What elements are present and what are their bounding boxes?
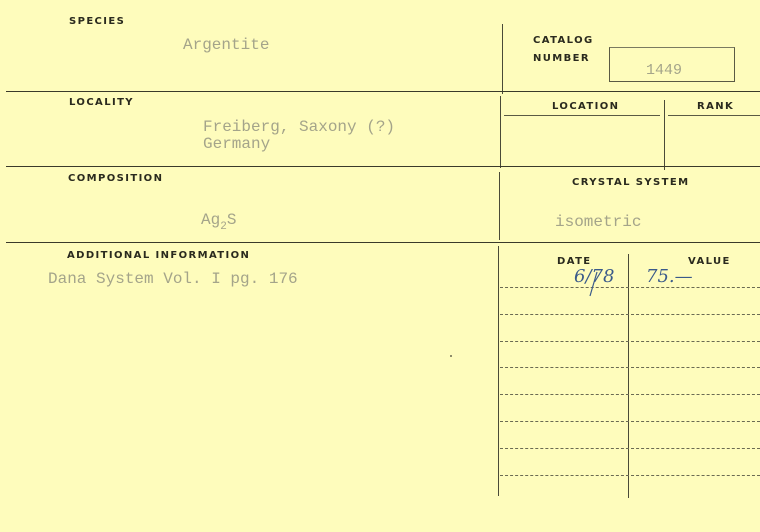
ink-speck	[450, 355, 452, 357]
table-row-line	[500, 475, 760, 476]
date-row-2[interactable]	[500, 289, 626, 313]
locality-divider-vertical	[500, 96, 501, 168]
date-row-4[interactable]	[500, 343, 626, 366]
date-row-7[interactable]	[500, 423, 626, 447]
value-row-5[interactable]	[630, 369, 758, 393]
locality-label: LOCALITY	[69, 97, 134, 108]
handwriting-stroke	[585, 270, 605, 300]
table-row-line	[500, 421, 760, 422]
divider-composition-additional	[6, 242, 760, 243]
date-row-6[interactable]	[500, 396, 626, 420]
value-row-4[interactable]	[630, 343, 758, 366]
catalog-label-line2: NUMBER	[533, 53, 590, 64]
value-row-8[interactable]	[630, 450, 758, 474]
rank-header-underline	[668, 115, 760, 116]
value-row-1[interactable]: 75.—	[646, 266, 693, 287]
species-label: SPECIES	[69, 16, 125, 27]
table-row-line	[500, 394, 760, 395]
table-row-line	[500, 341, 760, 342]
composition-divider-vertical	[499, 172, 500, 240]
additional-info-value: Dana System Vol. I pg. 176	[48, 271, 298, 288]
composition-formula: Ag2S	[201, 212, 236, 231]
value-row-2[interactable]	[630, 289, 758, 313]
date-row-5[interactable]	[500, 369, 626, 393]
rank-label: RANK	[697, 101, 734, 112]
formula-tail: S	[227, 211, 237, 229]
locality-line2: Germany	[203, 136, 270, 153]
crystal-system-label: CRYSTAL SYSTEM	[572, 177, 689, 188]
catalog-card: SPECIES Argentite CATALOG NUMBER 1449 LO…	[0, 0, 760, 532]
location-field[interactable]	[504, 118, 660, 166]
location-rank-divider	[664, 100, 665, 170]
table-row-line	[500, 367, 760, 368]
rank-field[interactable]	[668, 118, 758, 166]
table-row-line	[500, 448, 760, 449]
value-row-7[interactable]	[630, 423, 758, 447]
location-header-underline	[504, 115, 660, 116]
date-row-3[interactable]	[500, 316, 626, 340]
formula-subscript: 2	[220, 221, 227, 233]
value-row-3[interactable]	[630, 316, 758, 340]
value-row-6[interactable]	[630, 396, 758, 420]
composition-label: COMPOSITION	[68, 173, 163, 184]
table-left-border	[498, 246, 499, 496]
additional-info-label: ADDITIONAL INFORMATION	[67, 250, 250, 261]
table-row-line	[500, 314, 760, 315]
formula-base: Ag	[201, 211, 220, 229]
divider-locality-composition	[6, 166, 760, 167]
top-divider-vertical	[502, 24, 503, 94]
table-row-line	[500, 287, 760, 288]
catalog-label-line1: CATALOG	[533, 35, 594, 46]
date-row-8[interactable]	[500, 450, 626, 474]
catalog-number-value: 1449	[646, 62, 682, 79]
location-label: LOCATION	[552, 101, 619, 112]
crystal-system-value: isometric	[555, 214, 641, 231]
table-column-divider	[628, 254, 629, 498]
divider-species-locality	[6, 91, 760, 92]
species-value: Argentite	[183, 37, 269, 54]
value-header: VALUE	[688, 256, 731, 267]
locality-line1: Freiberg, Saxony (?)	[203, 119, 395, 136]
